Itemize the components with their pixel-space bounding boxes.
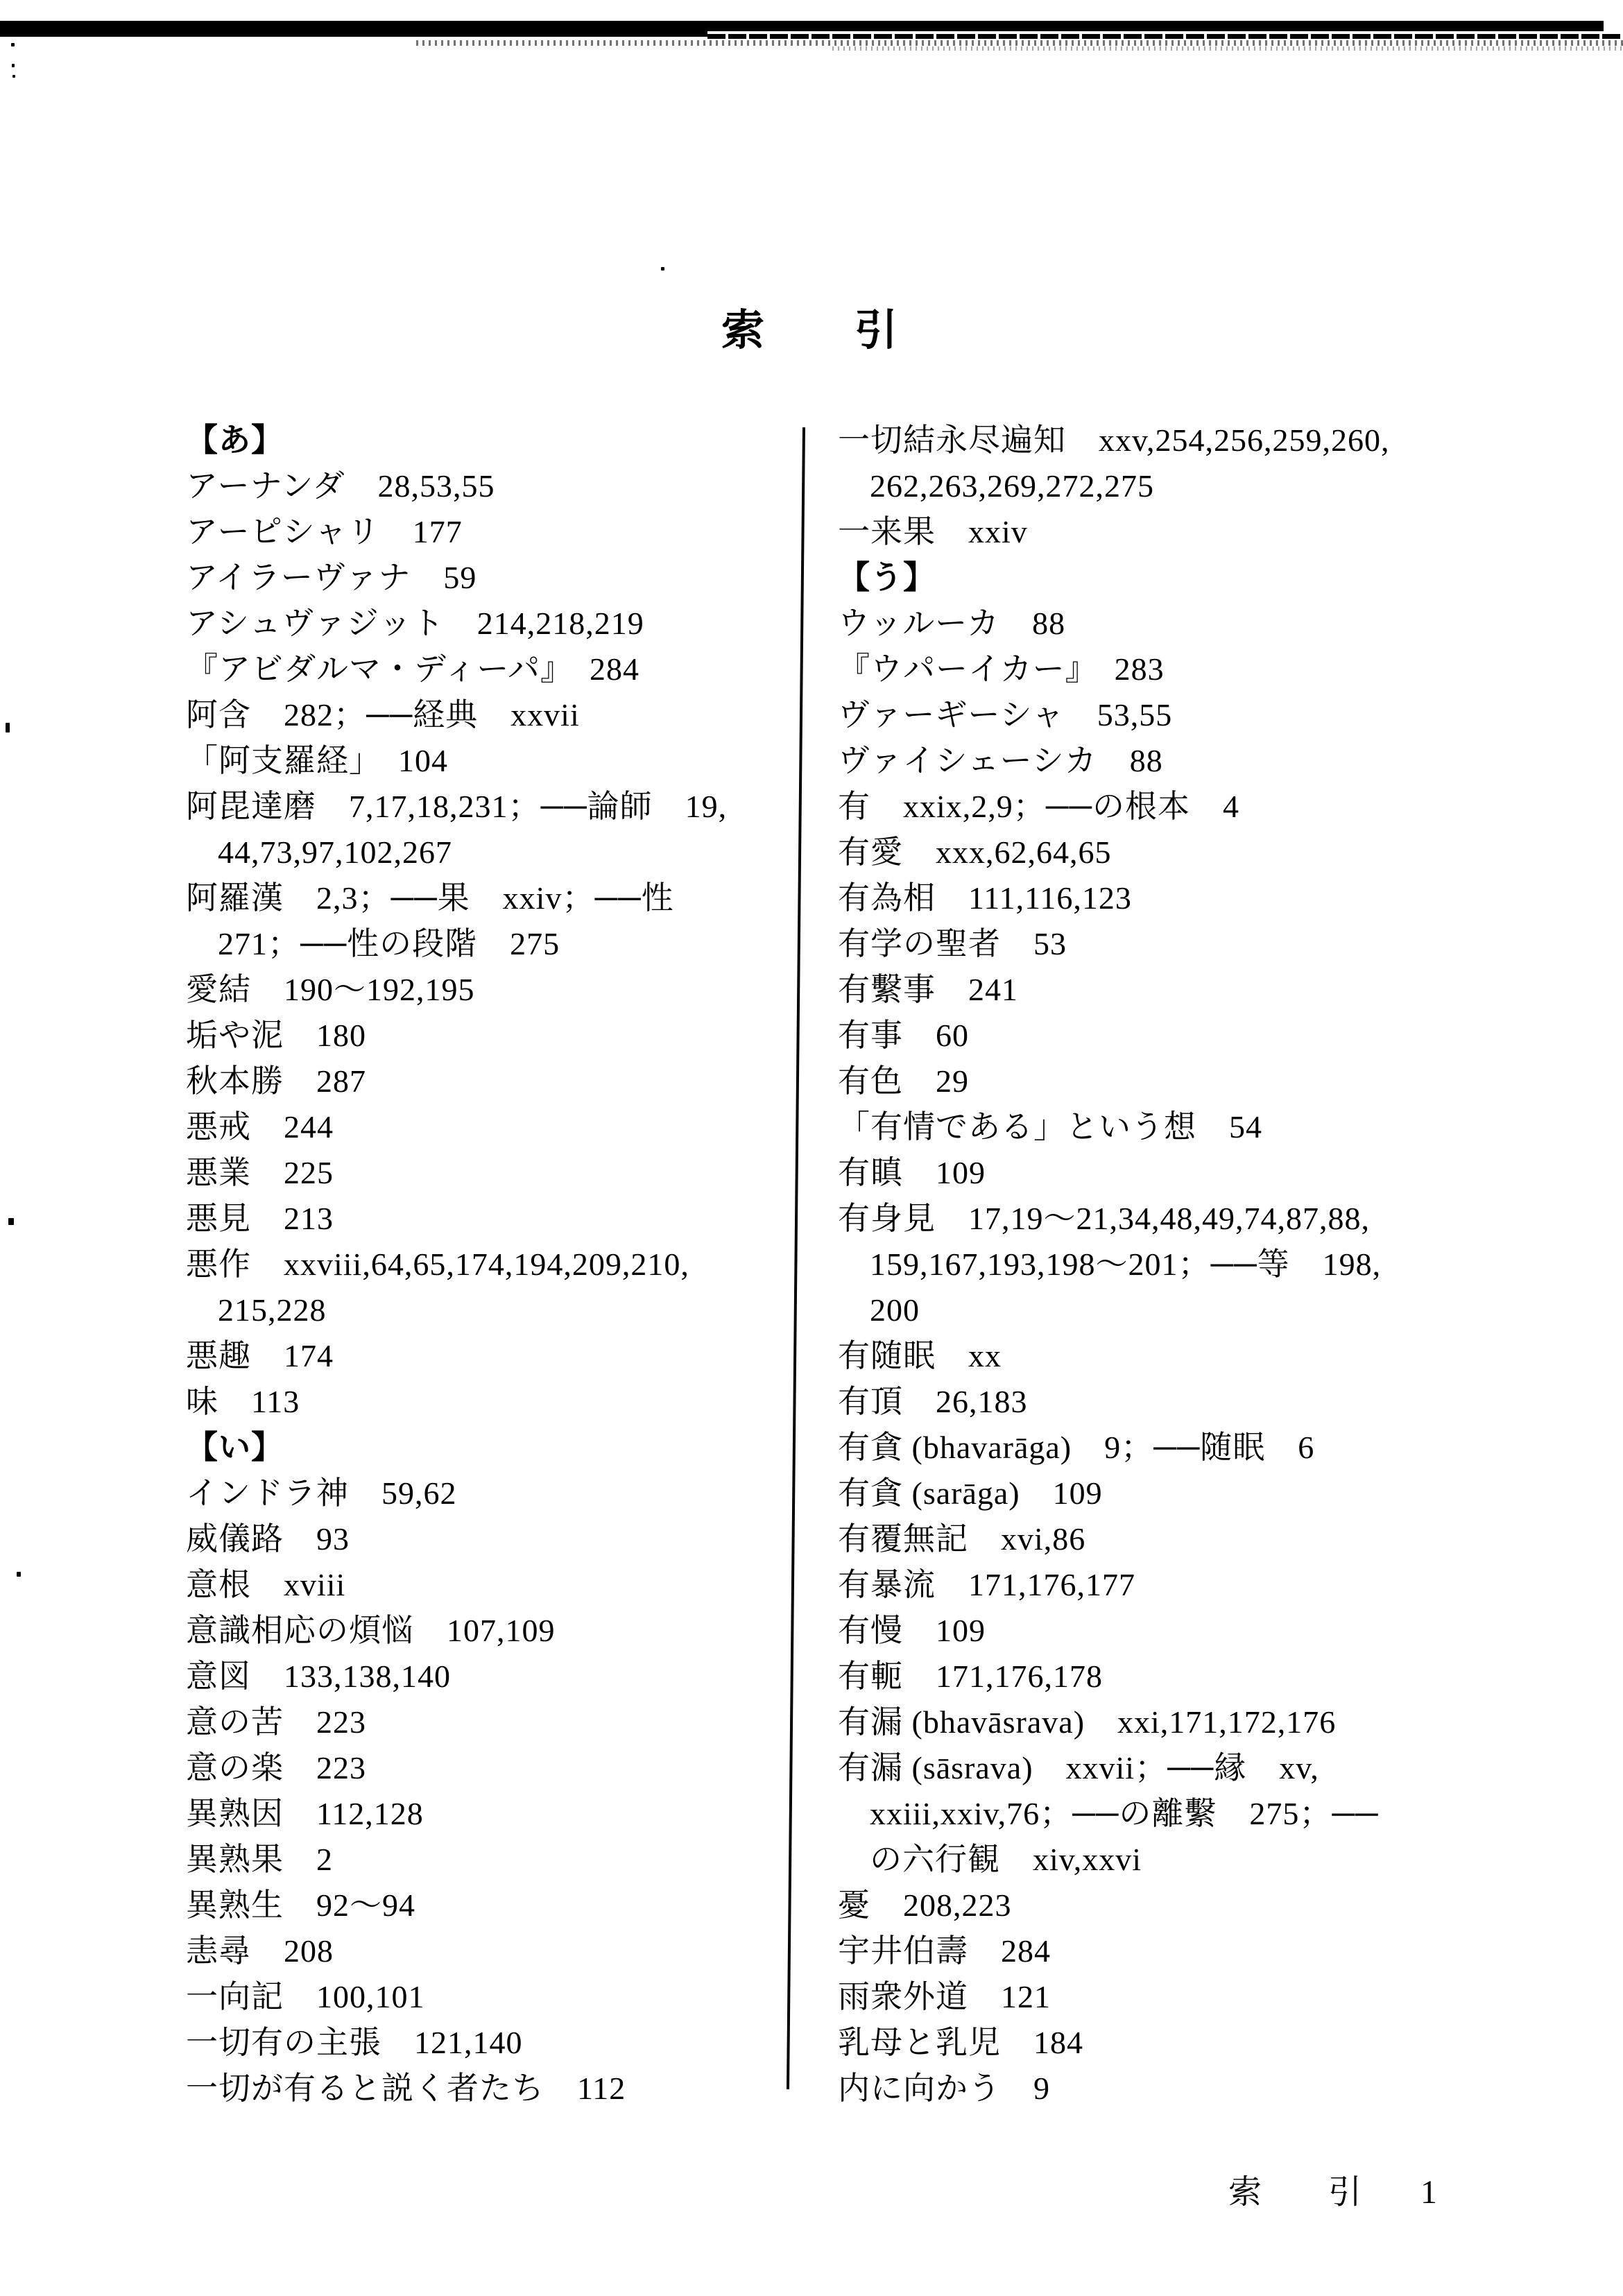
index-line: インドラ神 59,62 — [186, 1471, 796, 1516]
index-line: 159,167,193,198〜201；──等 198, — [838, 1242, 1511, 1287]
scan-speck — [8, 1218, 14, 1225]
index-line: xxiii,xxiv,76；──の離繫 275；── — [838, 1791, 1511, 1837]
index-line: 有 xxix,2,9；──の根本 4 — [838, 784, 1511, 830]
index-line: ヴァイシェーシカ 88 — [838, 738, 1511, 784]
index-line: 威儀路 93 — [186, 1516, 796, 1562]
index-line: 悪作 xxviii,64,65,174,194,209,210, — [186, 1242, 796, 1287]
index-line: 一切有の主張 121,140 — [186, 2020, 796, 2066]
index-line: 有軛 171,176,178 — [838, 1654, 1511, 1699]
index-line: 恚尋 208 — [186, 1928, 796, 1974]
index-line: アシュヴァジット 214,218,219 — [186, 601, 796, 646]
footer-section-label: 索 引 — [1228, 2174, 1362, 2211]
index-line: の六行観 xiv,xxvi — [838, 1837, 1511, 1883]
index-line: 意図 133,138,140 — [186, 1654, 796, 1699]
index-line: 意の楽 223 — [186, 1745, 796, 1791]
index-line: 意根 xviii — [186, 1562, 796, 1608]
index-line: 44,73,97,102,267 — [186, 830, 796, 875]
scan-artifact-top-bar-right — [707, 21, 1604, 31]
page-footer: 索 引1 — [1212, 2132, 1437, 2212]
footer-page-number: 1 — [1420, 2174, 1437, 2211]
index-line: 有随眠 xx — [838, 1333, 1511, 1379]
index-line: 『アビダルマ・ディーパ』 284 — [186, 646, 796, 692]
index-line: 阿毘達磨 7,17,18,231；──論師 19, — [186, 784, 796, 830]
index-line: 有暴流 171,176,177 — [838, 1562, 1511, 1608]
index-line: 異熟因 112,128 — [186, 1791, 796, 1837]
index-line: 秋本勝 287 — [186, 1059, 796, 1104]
index-line: 味 113 — [186, 1379, 796, 1425]
index-line: 『ウパーイカー』 283 — [838, 646, 1511, 692]
index-column-right: 一切結永尽遍知 xxv,254,256,259,260,262,263,269,… — [838, 418, 1511, 2111]
index-line: 悪業 225 — [186, 1150, 796, 1196]
scan-artifact-top-bar-left — [0, 21, 707, 37]
index-line: 乳母と乳児 184 — [838, 2020, 1511, 2066]
scan-speck — [17, 1572, 21, 1577]
index-line: 有慢 109 — [838, 1608, 1511, 1654]
index-line: 262,263,269,272,275 — [838, 463, 1511, 509]
scan-speck — [6, 723, 10, 733]
index-line: 有事 60 — [838, 1013, 1511, 1059]
index-section-header: 【う】 — [838, 555, 1511, 601]
index-line: ヴァーギーシャ 53,55 — [838, 692, 1511, 738]
scan-speck — [12, 64, 15, 67]
index-line: アーナンダ 28,53,55 — [186, 463, 796, 509]
index-line: 一向記 100,101 — [186, 1974, 796, 2020]
index-line: 意の苦 223 — [186, 1699, 796, 1745]
index-line: 有頂 26,183 — [838, 1379, 1511, 1425]
index-line: 憂 208,223 — [838, 1883, 1511, 1928]
index-line: 一来果 xxiv — [838, 509, 1511, 555]
index-section-header: 【あ】 — [186, 418, 796, 463]
index-line: 「阿支羅経」 104 — [186, 738, 796, 784]
index-line: 雨衆外道 121 — [838, 1974, 1511, 2020]
index-line: 垢や泥 180 — [186, 1013, 796, 1059]
index-line: 有漏 (bhavāsrava) xxi,171,172,176 — [838, 1699, 1511, 1745]
index-line: 有為相 111,116,123 — [838, 875, 1511, 921]
index-line: 愛結 190〜192,195 — [186, 967, 796, 1013]
index-line: 200 — [838, 1287, 1511, 1333]
index-line: 有瞋 109 — [838, 1150, 1511, 1196]
index-line: 有貪 (bhavarāga) 9；──随眠 6 — [838, 1425, 1511, 1471]
index-line: 宇井伯壽 284 — [838, 1928, 1511, 1974]
index-line: 一切結永尽遍知 xxv,254,256,259,260, — [838, 418, 1511, 463]
index-line: 215,228 — [186, 1287, 796, 1333]
scan-speck — [661, 267, 664, 271]
scan-artifact-noise-band-2 — [832, 46, 1623, 51]
index-line: 有覆無記 xvi,86 — [838, 1516, 1511, 1562]
index-line: 異熟果 2 — [186, 1837, 796, 1883]
index-line: 有愛 xxx,62,64,65 — [838, 830, 1511, 875]
index-line: 阿羅漢 2,3；──果 xxiv；──性 — [186, 875, 796, 921]
index-line: 有身見 17,19〜21,34,48,49,74,87,88, — [838, 1196, 1511, 1242]
index-line: 有貪 (sarāga) 109 — [838, 1471, 1511, 1516]
page-title: 索 引 — [721, 309, 899, 352]
index-line: 異熟生 92〜94 — [186, 1883, 796, 1928]
scan-artifact-top-bar-thin-line — [707, 34, 1623, 39]
index-line: 271；──性の段階 275 — [186, 921, 796, 967]
index-line: 「有情である」という想 54 — [838, 1104, 1511, 1150]
index-line: 有漏 (sāsrava) xxvii；──縁 xv, — [838, 1745, 1511, 1791]
index-line: ウッルーカ 88 — [838, 601, 1511, 646]
index-line: 有繫事 241 — [838, 967, 1511, 1013]
index-line: 悪趣 174 — [186, 1333, 796, 1379]
index-line: 意識相応の煩悩 107,109 — [186, 1608, 796, 1654]
index-line: アーピシャリ 177 — [186, 509, 796, 555]
index-line: 有色 29 — [838, 1059, 1511, 1104]
scan-artifact-noise-band — [416, 40, 1623, 46]
index-line: 内に向かう 9 — [838, 2066, 1511, 2111]
index-line: 悪見 213 — [186, 1196, 796, 1242]
index-line: 悪戒 244 — [186, 1104, 796, 1150]
index-line: 有学の聖者 53 — [838, 921, 1511, 967]
index-column-left: 【あ】アーナンダ 28,53,55アーピシャリ 177アイラーヴァナ 59アシュ… — [186, 418, 796, 2111]
index-section-header: 【い】 — [186, 1425, 796, 1471]
index-line: 阿含 282；──経典 xxvii — [186, 692, 796, 738]
scan-speck — [12, 75, 15, 78]
scan-speck — [11, 43, 15, 46]
index-line: アイラーヴァナ 59 — [186, 555, 796, 601]
index-line: 一切が有ると説く者たち 112 — [186, 2066, 796, 2111]
